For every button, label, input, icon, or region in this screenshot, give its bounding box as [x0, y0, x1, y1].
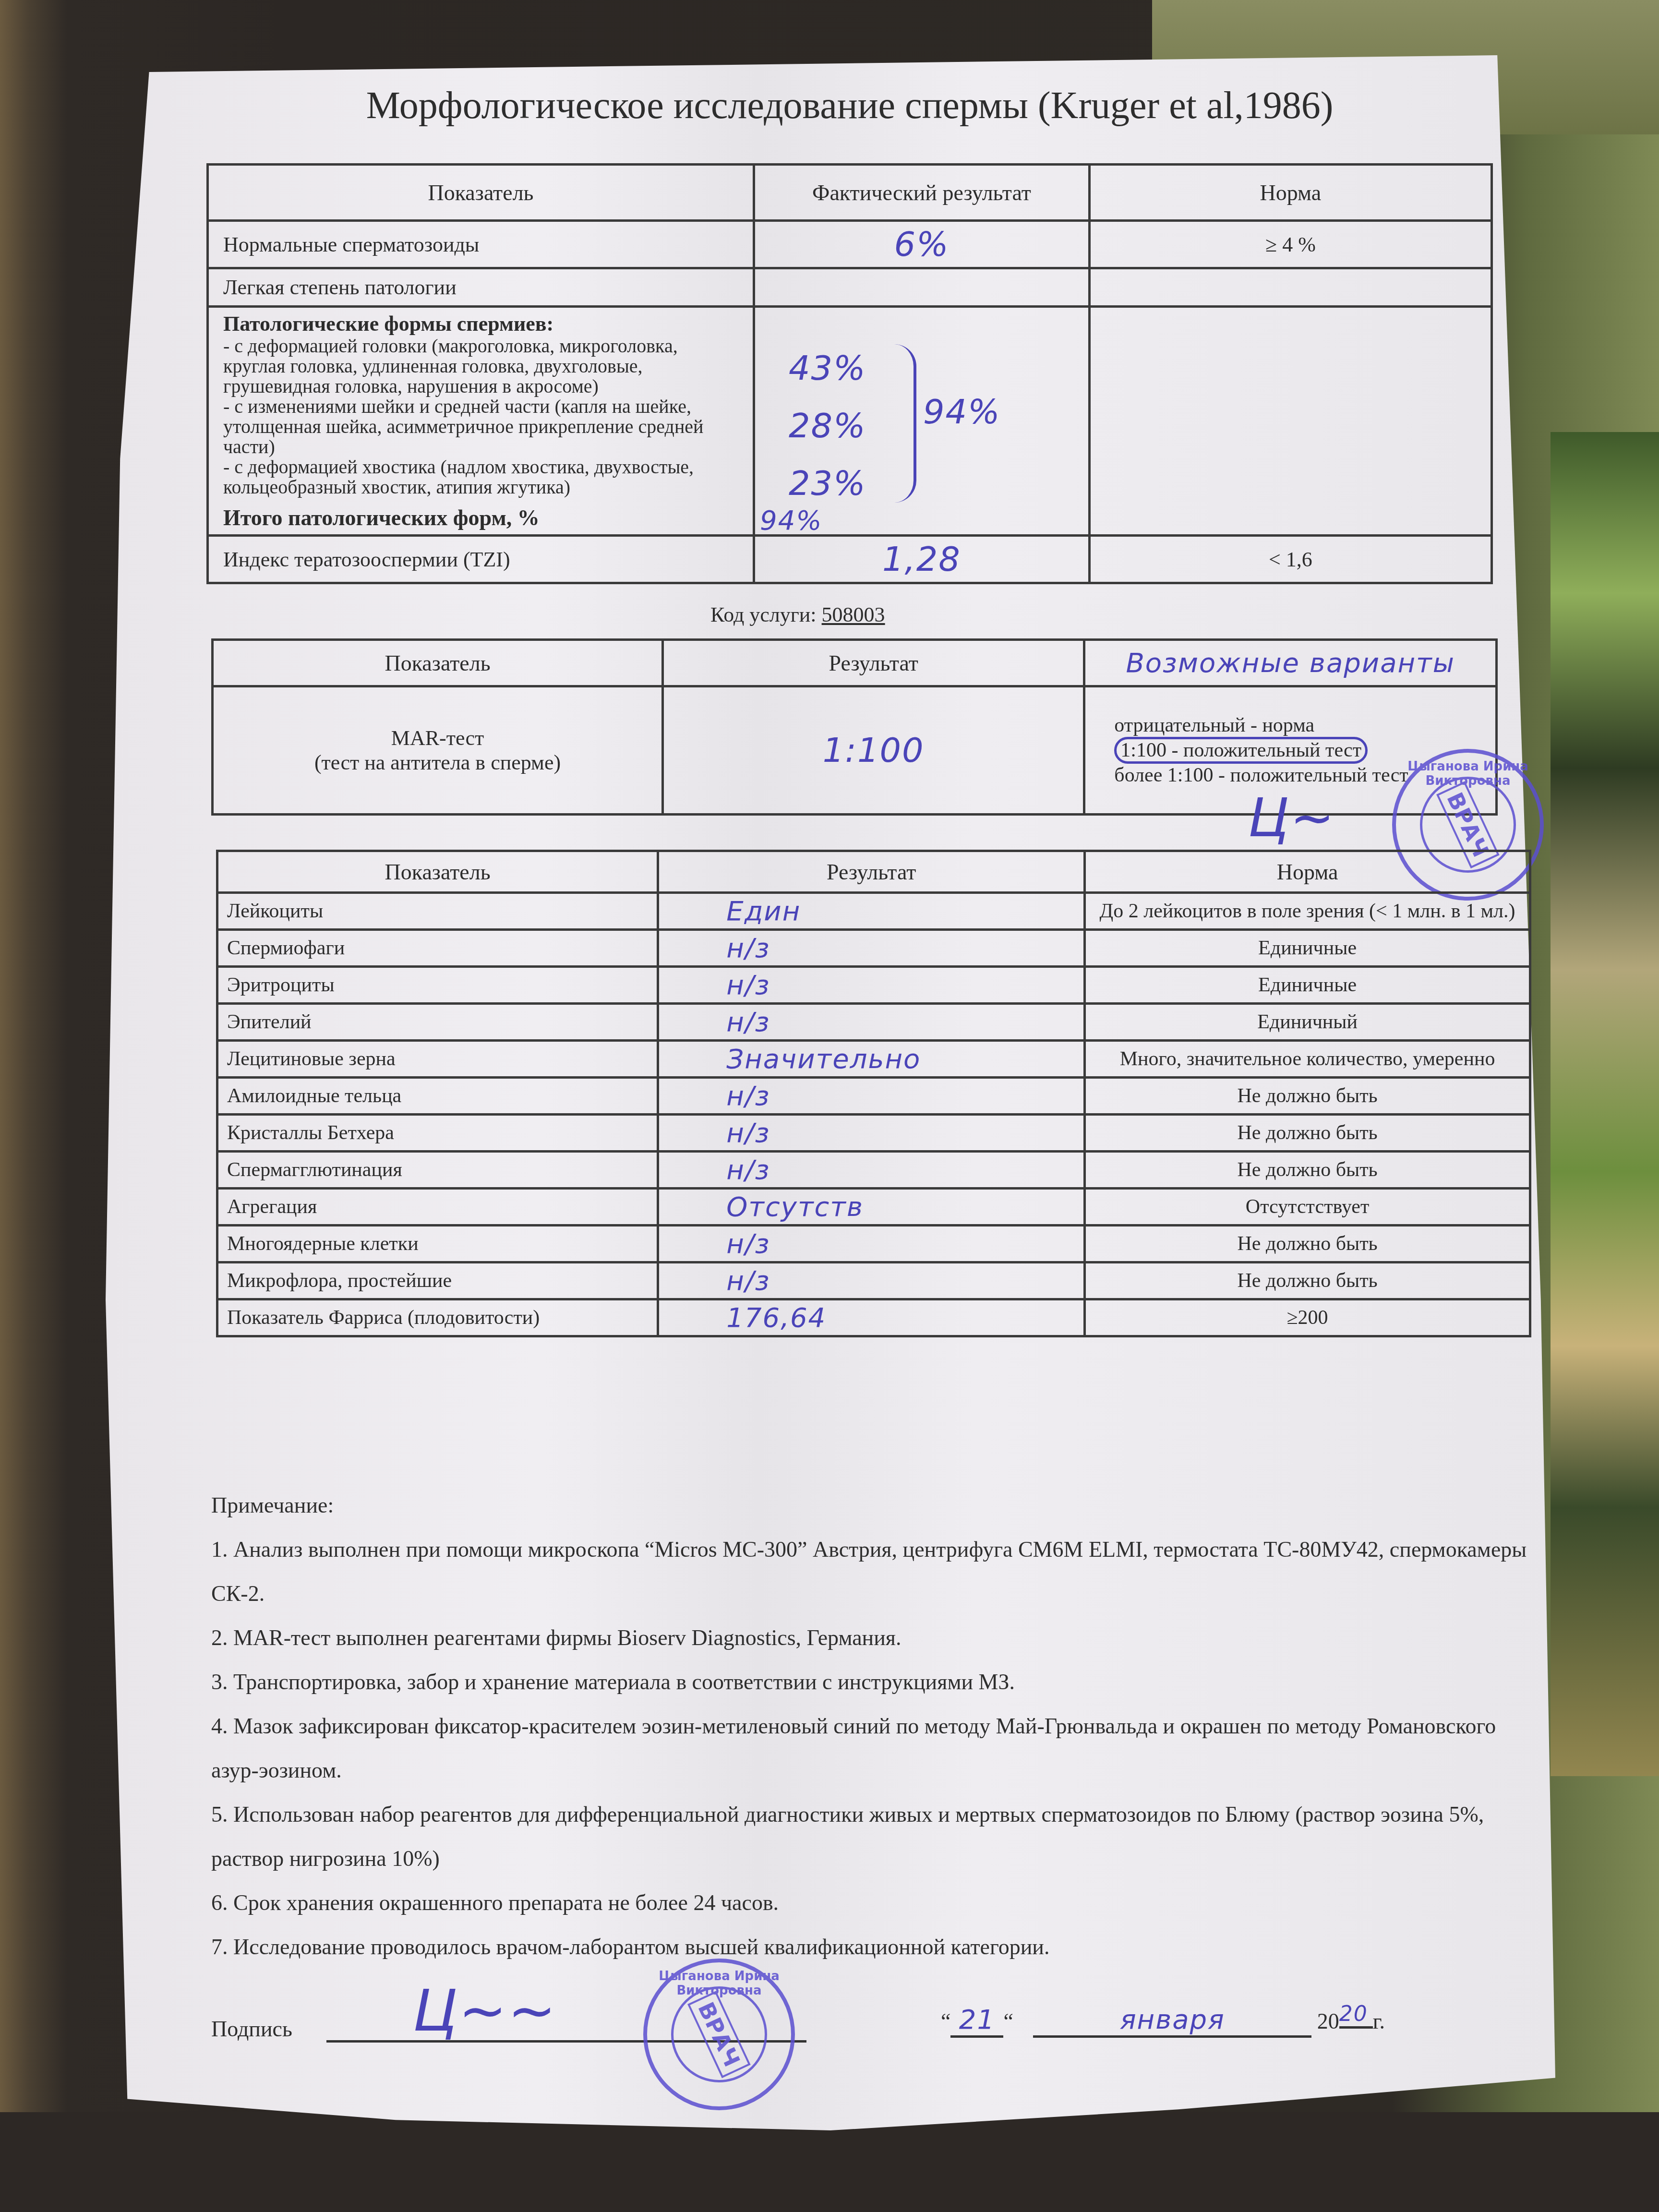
row-result: н/з [658, 967, 1085, 1004]
pathology-block: Патологические формы спермиев: - с дефор… [208, 307, 754, 536]
row-result: н/з [658, 930, 1085, 967]
row-result: 6% [754, 221, 1090, 268]
pathology-value: 28% [789, 397, 866, 455]
row-label: Многоядерные клетки [217, 1226, 658, 1262]
row-norm: ≥ 4 % [1089, 221, 1491, 268]
table-row: АгрегацияОтсутствОтсутстствует [217, 1189, 1530, 1226]
row-label: Легкая степень патологии [208, 268, 754, 307]
stamp-center-text: ВРАЧ [687, 1991, 750, 2078]
notes-heading: Примечание: [211, 1483, 1546, 1527]
pathology-results: 43% 28% 23% 94% 94% [754, 307, 1090, 536]
row-norm: ≥200 [1085, 1299, 1530, 1336]
doctor-stamp: Цыганова Ирина Викторовна ВРАЧ [643, 1959, 795, 2110]
pathology-values: 43% 28% 23% [789, 339, 866, 512]
row-result [754, 268, 1090, 307]
pathology-item: - с изменениями шейки и средней части (к… [223, 397, 738, 457]
row-result: н/з [658, 1226, 1085, 1262]
table-row: Амилоидные тельцан/зНе должно быть [217, 1078, 1530, 1115]
row-label: Нормальные сперматозоиды [208, 221, 754, 268]
row-label: Микрофлора, простейшие [217, 1262, 658, 1299]
row-label: Индекс тератозооспермии (TZI) [208, 536, 754, 583]
row-result: н/з [658, 1078, 1085, 1115]
column-header: Фактический результат [754, 165, 1090, 221]
row-norm [1089, 268, 1491, 307]
mar-test-name: MAR-тест [214, 726, 661, 750]
doctor-signature: Ц~ [1248, 787, 1335, 849]
row-norm: Единичные [1085, 967, 1530, 1004]
pathology-sum: 94% [923, 392, 1001, 432]
row-norm: Много, значительное количество, умеренно [1085, 1041, 1530, 1078]
row-norm: Отсутстствует [1085, 1189, 1530, 1226]
row-norm: До 2 лейкоцитов в поле зрения (< 1 млн. … [1085, 893, 1530, 930]
table-header-row: Показатель Фактический результат Норма [208, 165, 1492, 221]
pathology-value: 23% [789, 455, 866, 512]
morphology-table: Показатель Фактический результат Норма Н… [206, 163, 1493, 584]
lab-report: Морфологическое исследование спермы (Kru… [0, 0, 1659, 2212]
table-header-row: Показатель Результат Возможные варианты [213, 640, 1497, 686]
pathology-heading: Патологические формы спермиев: [223, 314, 738, 334]
row-label: Эритроциты [217, 967, 658, 1004]
row-label: Спермиофаги [217, 930, 658, 967]
row-label: Лецитиновые зерна [217, 1041, 658, 1078]
service-code-value: 508003 [822, 603, 885, 626]
date-day: 21 [950, 2004, 1003, 2038]
row-norm: Единичный [1085, 1004, 1530, 1041]
row-result: Отсутств [658, 1189, 1085, 1226]
table-row: Спермиофагин/зЕдиничные [217, 930, 1530, 967]
year-unit: г. [1373, 2009, 1385, 2033]
stamp-ring-text: Цыганова Ирина Викторовна [1396, 759, 1540, 788]
table-row: Легкая степень патологии [208, 268, 1492, 307]
column-header-handwritten: Возможные варианты [1084, 640, 1497, 686]
row-result: Значительно [658, 1041, 1085, 1078]
year-prefix: 20 [1317, 2009, 1339, 2033]
row-norm: Не должно быть [1085, 1152, 1530, 1189]
table-row: Многоядерные клеткин/зНе должно быть [217, 1226, 1530, 1262]
column-header: Показатель [208, 165, 754, 221]
row-norm: Не должно быть [1085, 1262, 1530, 1299]
microscopy-rows: ЛейкоцитыЕдинДо 2 лейкоцитов в поле зрен… [217, 893, 1530, 1336]
mar-test-label: MAR-тест (тест на антитела в сперме) [213, 686, 663, 815]
date-month: января [1033, 2004, 1311, 2038]
row-result: н/з [658, 1262, 1085, 1299]
row-result: н/з [658, 1152, 1085, 1189]
table-row: Нормальные сперматозоиды 6% ≥ 4 % [208, 221, 1492, 268]
column-header: Показатель [213, 640, 663, 686]
table-row: Эритроцитын/зЕдиничные [217, 967, 1530, 1004]
pathology-item: - с деформацией головки (макроголовка, м… [223, 336, 738, 397]
pathology-total-value: 94% [760, 505, 822, 536]
pathology-total-label: Итого патологических форм, % [223, 508, 738, 528]
table-row: Показатель Фарриса (плодовитости)176,64≥… [217, 1299, 1530, 1336]
row-result: н/з [658, 1115, 1085, 1152]
variant-item: отрицательный - норма [1114, 713, 1495, 738]
table-row: Спермагглютинациян/зНе должно быть [217, 1152, 1530, 1189]
table-row: Эпителийн/зЕдиничный [217, 1004, 1530, 1041]
mar-result: 1:100 [663, 686, 1084, 815]
service-code: Код услуги: 508003 [710, 602, 885, 627]
note-item: 2. MAR-тест выполнен реагентами фирмы Bi… [211, 1616, 1546, 1660]
service-code-label: Код услуги: [710, 603, 817, 626]
row-result: 1,28 [754, 536, 1090, 583]
pathology-value: 43% [789, 339, 866, 397]
row-label: Лейкоциты [217, 893, 658, 930]
stamp-ring-text: Цыганова Ирина Викторовна [647, 1969, 791, 1998]
signature-label: Подпись [211, 2016, 292, 2042]
row-norm: Единичные [1085, 930, 1530, 967]
note-item: 6. Срок хранения окрашенного препарата н… [211, 1881, 1546, 1925]
table-row: Лецитиновые зернаЗначительноМного, значи… [217, 1041, 1530, 1078]
row-norm: Не должно быть [1085, 1226, 1530, 1262]
note-item: 3. Транспортировка, забор и хранение мат… [211, 1660, 1546, 1704]
row-label: Эпителий [217, 1004, 658, 1041]
column-header: Результат [663, 640, 1084, 686]
signature-date: “21“ января 2020г. [941, 2002, 1385, 2038]
column-header: Результат [658, 851, 1085, 893]
table-row: ЛейкоцитыЕдинДо 2 лейкоцитов в поле зрен… [217, 893, 1530, 930]
row-label: Амилоидные тельца [217, 1078, 658, 1115]
note-item: 4. Мазок зафиксирован фиксатор-красителе… [211, 1704, 1546, 1792]
row-norm: Не должно быть [1085, 1115, 1530, 1152]
row-norm: Не должно быть [1085, 1078, 1530, 1115]
table-row: Индекс тератозооспермии (TZI) 1,28 < 1,6 [208, 536, 1492, 583]
year-suffix: 20 [1339, 2002, 1373, 2029]
pathology-item: - с деформацией хвостика (надлом хвостик… [223, 457, 738, 497]
notes-section: Примечание: 1. Анализ выполнен при помощ… [211, 1483, 1546, 1969]
row-result: н/з [658, 1004, 1085, 1041]
column-header: Норма [1085, 851, 1530, 893]
row-label: Спермагглютинация [217, 1152, 658, 1189]
signature-row: Подпись Ц~~ “21“ января 2020г. [211, 1987, 1459, 2045]
signature-scribble: Ц~~ [413, 1978, 557, 2044]
row-result: Един [658, 893, 1085, 930]
table-row-pathology: Патологические формы спермиев: - с дефор… [208, 307, 1492, 536]
pathology-norm [1089, 307, 1491, 536]
table-header-row: Показатель Результат Норма [217, 851, 1530, 893]
column-header: Норма [1089, 165, 1491, 221]
mar-test-desc: (тест на антитела в сперме) [214, 750, 661, 775]
table-row: Кристаллы Бетхеран/зНе должно быть [217, 1115, 1530, 1152]
report-title: Морфологическое исследование спермы (Kru… [298, 84, 1402, 128]
row-result: 176,64 [658, 1299, 1085, 1336]
variant-item-circled: 1:100 - положительный тест [1114, 737, 1368, 764]
row-label: Показатель Фарриса (плодовитости) [217, 1299, 658, 1336]
note-item: 7. Исследование проводилось врачом-лабор… [211, 1925, 1546, 1969]
note-item: 5. Использован набор реагентов для диффе… [211, 1792, 1546, 1881]
column-header: Показатель [217, 851, 658, 893]
microscopy-table: Показатель Результат Норма ЛейкоцитыЕдин… [216, 850, 1531, 1337]
row-label: Кристаллы Бетхера [217, 1115, 658, 1152]
note-item: 1. Анализ выполнен при помощи микроскопа… [211, 1527, 1546, 1616]
row-norm: < 1,6 [1089, 536, 1491, 583]
table-row: Микрофлора, простейшиен/зНе должно быть [217, 1262, 1530, 1299]
brace-mark [894, 344, 916, 503]
row-label: Агрегация [217, 1189, 658, 1226]
